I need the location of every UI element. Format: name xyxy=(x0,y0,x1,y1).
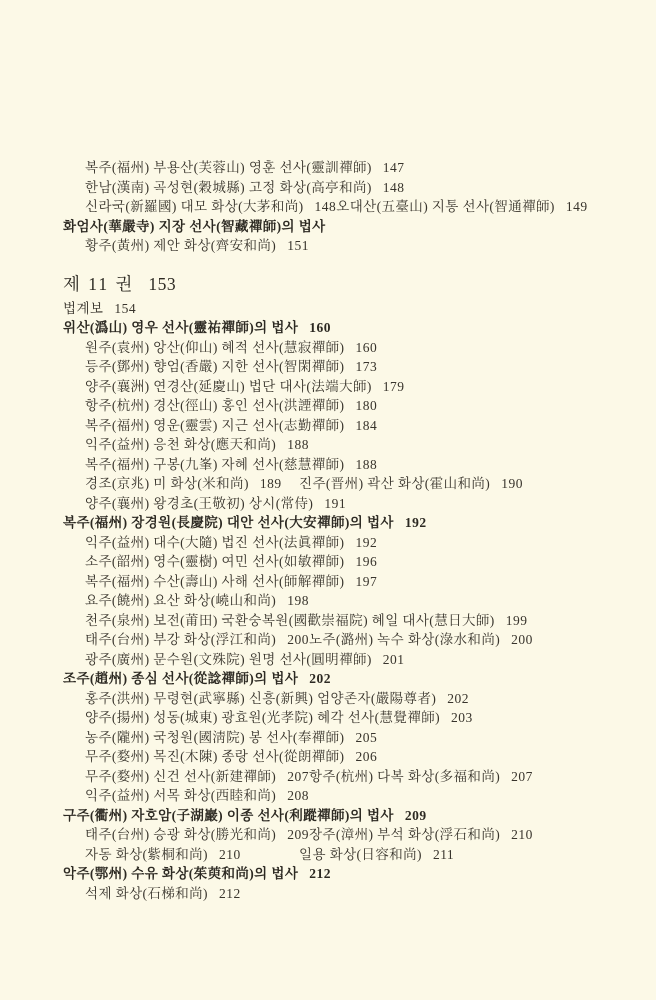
toc-entry-col: 천주(泉州) 보전(莆田) 국환숭복원(國歡崇福院) 혜일 대사(慧日大師)19… xyxy=(85,613,527,628)
toc-entry-col: 익주(益州) 응천 화상(應天和尚)188 xyxy=(85,437,309,452)
entry-title: 조주(趙州) 종심 선사(從諗禪師)의 법사 xyxy=(63,671,298,686)
entry-title: 무주(婺州) 목진(木陳) 종랑 선사(從朗禪師) xyxy=(85,749,344,764)
toc-entry-col: 화엄사(華嚴寺) 지장 선사(智藏禪師)의 법사 xyxy=(63,219,326,234)
toc-entry: 홍주(洪州) 무령현(武寧縣) 신흥(新興) 엄양존자(嚴陽尊者)202 xyxy=(63,689,626,709)
toc-entry: 태주(台州) 승광 화상(勝光和尚)209장주(漳州) 부석 화상(浮石和尚)2… xyxy=(63,825,626,845)
toc-entry-col: 무주(婺州) 신건 선사(新建禪師)207 xyxy=(85,767,309,787)
toc-entry: 농주(隴州) 국청원(國淸院) 봉 선사(奉禪師)205 xyxy=(63,728,626,748)
entry-page-number: 203 xyxy=(451,710,473,725)
entry-page-number: 200 xyxy=(287,632,309,647)
toc-entry-col: 태주(台州) 부강 화상(浮江和尚)200 xyxy=(85,630,309,650)
toc-entry: 태주(台州) 부강 화상(浮江和尚)200노주(潞州) 녹수 화상(淥水和尚)2… xyxy=(63,630,626,650)
toc-entry: 무주(婺州) 목진(木陳) 종랑 선사(從朗禪師)206 xyxy=(63,747,626,767)
toc-entry: 원주(袁州) 앙산(仰山) 혜적 선사(慧寂禪師)160 xyxy=(63,338,626,358)
entry-page-number: 173 xyxy=(355,359,377,374)
entry-page-number: 192 xyxy=(405,515,427,530)
toc-entry: 소주(韶州) 영수(靈樹) 여민 선사(如敏禪師)196 xyxy=(63,552,626,572)
toc-entry-col: 항주(杭州) 경산(徑山) 홍인 선사(洪諲禪師)180 xyxy=(85,398,377,413)
toc-entry-col: 진주(晋州) 곽산 화상(霍山和尚)190 xyxy=(299,476,523,491)
entry-page-number: 148 xyxy=(315,199,337,214)
entry-title: 석제 화상(石梯和尚) xyxy=(85,886,208,901)
toc-entry-col: 소주(韶州) 영수(靈樹) 여민 선사(如敏禪師)196 xyxy=(85,554,377,569)
toc-entry: 요주(饒州) 요산 화상(嶢山和尚)198 xyxy=(63,591,626,611)
entry-title: 무주(婺州) 신건 선사(新建禪師) xyxy=(85,769,276,784)
toc-entry-col: 요주(饒州) 요산 화상(嶢山和尚)198 xyxy=(85,593,309,608)
toc-entry-col: 신라국(新羅國) 대모 화상(大茅和尚)148 xyxy=(85,197,336,217)
entry-title: 복주(福州) 구봉(九峯) 자혜 선사(慈慧禪師) xyxy=(85,457,344,472)
toc-entry-col: 등주(鄧州) 향엄(香嚴) 지한 선사(智閑禪師)173 xyxy=(85,359,377,374)
entry-page-number: 188 xyxy=(287,437,309,452)
toc-section-heading: 구주(衢州) 자호암(子湖巖) 이종 선사(利蹤禪師)의 법사209 xyxy=(63,806,626,826)
toc-entry-col: 황주(黃州) 제안 화상(齊安和尚)151 xyxy=(85,238,309,253)
entry-page-number: 206 xyxy=(355,749,377,764)
entry-title: 법계보 xyxy=(63,301,103,316)
entry-title: 양주(襄州) 왕경초(王敬初) 상시(常侍) xyxy=(85,496,313,511)
toc-entry-col: 복주(福州) 부용산(芙蓉山) 영훈 선사(靈訓禪師)147 xyxy=(85,160,405,175)
entry-page-number: 188 xyxy=(355,457,377,472)
toc-entry-col: 복주(福州) 장경원(長慶院) 대안 선사(大安禪師)의 법사192 xyxy=(63,515,427,530)
entry-title: 한남(漢南) 곡성현(穀城縣) 고정 화상(高亭和尚) xyxy=(85,180,372,195)
entry-page-number: 148 xyxy=(383,180,405,195)
entry-page-number: 208 xyxy=(287,788,309,803)
toc-entry-col: 무주(婺州) 목진(木陳) 종랑 선사(從朗禪師)206 xyxy=(85,749,377,764)
entry-page-number: 198 xyxy=(287,593,309,608)
toc-entry: 익주(益州) 서목 화상(西睦和尚)208 xyxy=(63,786,626,806)
toc-section-heading: 화엄사(華嚴寺) 지장 선사(智藏禪師)의 법사 xyxy=(63,217,626,237)
toc-entry-col: 홍주(洪州) 무령현(武寧縣) 신흥(新興) 엄양존자(嚴陽尊者)202 xyxy=(85,691,469,706)
entry-page-number: 151 xyxy=(287,238,309,253)
toc-entry-col: 양주(襄洲) 연경산(延慶山) 법단 대사(法端大師)179 xyxy=(85,379,405,394)
toc-entry-col: 원주(袁州) 앙산(仰山) 혜적 선사(慧寂禪師)160 xyxy=(85,340,377,355)
entry-page-number: 190 xyxy=(501,476,523,491)
toc-entry: 양주(揚州) 성동(城東) 광효원(光孝院) 혜각 선사(慧覺禪師)203 xyxy=(63,708,626,728)
entry-title: 장주(漳州) 부석 화상(浮石和尚) xyxy=(309,827,500,842)
entry-page-number: 189 xyxy=(260,476,282,491)
entry-title: 복주(福州) 부용산(芙蓉山) 영훈 선사(靈訓禪師) xyxy=(85,160,372,175)
entry-page-number: 180 xyxy=(355,398,377,413)
toc-entry-col: 장주(漳州) 부석 화상(浮石和尚)210 xyxy=(309,827,533,842)
toc-entry: 등주(鄧州) 향엄(香嚴) 지한 선사(智閑禪師)173 xyxy=(63,357,626,377)
toc-entry-col: 복주(福州) 영운(靈雲) 지근 선사(志勤禪師)184 xyxy=(85,418,377,433)
toc-entry: 광주(廣州) 문수원(文殊院) 원명 선사(圓明禪師)201 xyxy=(63,650,626,670)
entry-title: 진주(晋州) 곽산 화상(霍山和尚) xyxy=(299,476,490,491)
toc-entry-col: 농주(隴州) 국청원(國淸院) 봉 선사(奉禪師)205 xyxy=(85,730,377,745)
toc-entry: 법계보154 xyxy=(63,299,626,319)
entry-title: 신라국(新羅國) 대모 화상(大茅和尚) xyxy=(85,199,304,214)
toc-entry: 복주(福州) 구봉(九峯) 자혜 선사(慈慧禪師)188 xyxy=(63,455,626,475)
entry-title: 천주(泉州) 보전(莆田) 국환숭복원(國歡崇福院) 혜일 대사(慧日大師) xyxy=(85,613,495,628)
toc-entry: 양주(襄州) 왕경초(王敬初) 상시(常侍)191 xyxy=(63,494,626,514)
toc-entry-col: 노주(潞州) 녹수 화상(淥水和尚)200 xyxy=(309,632,533,647)
entry-title: 양주(揚州) 성동(城東) 광효원(光孝院) 혜각 선사(慧覺禪師) xyxy=(85,710,440,725)
toc-entry-col: 한남(漢南) 곡성현(穀城縣) 고정 화상(高亭和尚)148 xyxy=(85,180,405,195)
toc-entry: 석제 화상(石梯和尚)212 xyxy=(63,884,626,904)
entry-title: 원주(袁州) 앙산(仰山) 혜적 선사(慧寂禪師) xyxy=(85,340,344,355)
toc-entry-col: 일용 화상(日容和尚)211 xyxy=(299,847,454,862)
toc-entry-col: 익주(益州) 서목 화상(西睦和尚)208 xyxy=(85,788,309,803)
entry-page-number: 207 xyxy=(287,769,309,784)
toc-entry-col: 광주(廣州) 문수원(文殊院) 원명 선사(圓明禪師)201 xyxy=(85,652,405,667)
entry-page-number: 210 xyxy=(219,847,241,862)
entry-page-number: 212 xyxy=(309,866,331,881)
entry-title: 구주(衢州) 자호암(子湖巖) 이종 선사(利蹤禪師)의 법사 xyxy=(63,808,394,823)
toc-entry-col: 구주(衢州) 자호암(子湖巖) 이종 선사(利蹤禪師)의 법사209 xyxy=(63,808,427,823)
entry-page-number: 210 xyxy=(511,827,533,842)
entry-title: 황주(黃州) 제안 화상(齊安和尚) xyxy=(85,238,276,253)
toc-entry-col: 양주(揚州) 성동(城東) 광효원(光孝院) 혜각 선사(慧覺禪師)203 xyxy=(85,710,473,725)
entry-title: 태주(台州) 부강 화상(浮江和尚) xyxy=(85,632,276,647)
entry-title: 일용 화상(日容和尚) xyxy=(299,847,422,862)
entry-page-number: 212 xyxy=(219,886,241,901)
entry-title: 익주(益州) 대수(大隨) 법진 선사(法眞禪師) xyxy=(85,535,344,550)
toc-entry-col: 태주(台州) 승광 화상(勝光和尚)209 xyxy=(85,825,309,845)
entry-page-number: 209 xyxy=(405,808,427,823)
entry-title: 광주(廣州) 문수원(文殊院) 원명 선사(圓明禪師) xyxy=(85,652,372,667)
entry-title: 홍주(洪州) 무령현(武寧縣) 신흥(新興) 엄양존자(嚴陽尊者) xyxy=(85,691,436,706)
toc-entry-col: 악주(鄂州) 수유 화상(茱萸和尚)의 법사212 xyxy=(63,866,331,881)
entry-page-number: 196 xyxy=(355,554,377,569)
toc-entry-col: 익주(益州) 대수(大隨) 법진 선사(法眞禪師)192 xyxy=(85,535,377,550)
entry-title: 항주(杭州) 경산(徑山) 홍인 선사(洪諲禪師) xyxy=(85,398,344,413)
entry-page-number: 209 xyxy=(287,827,309,842)
entry-title: 자동 화상(紫桐和尚) xyxy=(85,847,208,862)
entry-title: 제 11 권 xyxy=(63,274,134,294)
entry-page-number: 202 xyxy=(309,671,331,686)
entry-title: 복주(福州) 영운(靈雲) 지근 선사(志勤禪師) xyxy=(85,418,344,433)
toc-entry-col: 자동 화상(紫桐和尚)210 xyxy=(85,845,299,865)
toc-entry: 복주(福州) 영운(靈雲) 지근 선사(志勤禪師)184 xyxy=(63,416,626,436)
entry-title: 태주(台州) 승광 화상(勝光和尚) xyxy=(85,827,276,842)
toc-entry: 황주(黃州) 제안 화상(齊安和尚)151 xyxy=(63,236,626,256)
entry-title: 농주(隴州) 국청원(國淸院) 봉 선사(奉禪師) xyxy=(85,730,344,745)
entry-title: 경조(京兆) 미 화상(米和尚) xyxy=(85,476,249,491)
entry-title: 양주(襄洲) 연경산(延慶山) 법단 대사(法端大師) xyxy=(85,379,372,394)
entry-page-number: 192 xyxy=(355,535,377,550)
entry-page-number: 202 xyxy=(447,691,469,706)
toc-entry-col: 오대산(五臺山) 지통 선사(智通禪師)149 xyxy=(336,199,587,214)
toc-entry: 무주(婺州) 신건 선사(新建禪師)207항주(杭州) 다복 화상(多福和尚)2… xyxy=(63,767,626,787)
entry-title: 등주(鄧州) 향엄(香嚴) 지한 선사(智閑禪師) xyxy=(85,359,344,374)
entry-title: 익주(益州) 응천 화상(應天和尚) xyxy=(85,437,276,452)
entry-title: 화엄사(華嚴寺) 지장 선사(智藏禪師)의 법사 xyxy=(63,219,326,234)
toc-section-heading: 악주(鄂州) 수유 화상(茱萸和尚)의 법사212 xyxy=(63,864,626,884)
entry-title: 항주(杭州) 다복 화상(多福和尚) xyxy=(309,769,500,784)
entry-page-number: 154 xyxy=(114,301,136,316)
table-of-contents: 복주(福州) 부용산(芙蓉山) 영훈 선사(靈訓禪師)147한남(漢南) 곡성현… xyxy=(63,158,626,903)
toc-section-heading: 조주(趙州) 종심 선사(從諗禪師)의 법사202 xyxy=(63,669,626,689)
entry-page-number: 160 xyxy=(355,340,377,355)
entry-title: 오대산(五臺山) 지통 선사(智通禪師) xyxy=(336,199,555,214)
toc-entry-col: 제 11 권153 xyxy=(63,274,176,294)
entry-page-number: 207 xyxy=(511,769,533,784)
entry-page-number: 184 xyxy=(355,418,377,433)
toc-entry: 한남(漢南) 곡성현(穀城縣) 고정 화상(高亭和尚)148 xyxy=(63,178,626,198)
toc-entry-col: 복주(福州) 수산(壽山) 사해 선사(師解禪師)197 xyxy=(85,574,377,589)
toc-entry-col: 조주(趙州) 종심 선사(從諗禪師)의 법사202 xyxy=(63,671,331,686)
toc-entry: 항주(杭州) 경산(徑山) 홍인 선사(洪諲禪師)180 xyxy=(63,396,626,416)
toc-entry: 익주(益州) 응천 화상(應天和尚)188 xyxy=(63,435,626,455)
toc-entry-col: 복주(福州) 구봉(九峯) 자혜 선사(慈慧禪師)188 xyxy=(85,457,377,472)
entry-title: 복주(福州) 장경원(長慶院) 대안 선사(大安禪師)의 법사 xyxy=(63,515,394,530)
entry-page-number: 200 xyxy=(511,632,533,647)
toc-entry: 복주(福州) 부용산(芙蓉山) 영훈 선사(靈訓禪師)147 xyxy=(63,158,626,178)
entry-title: 노주(潞州) 녹수 화상(淥水和尚) xyxy=(309,632,500,647)
toc-section-heading: 복주(福州) 장경원(長慶院) 대안 선사(大安禪師)의 법사192 xyxy=(63,513,626,533)
entry-page-number: 201 xyxy=(383,652,405,667)
entry-page-number: 205 xyxy=(355,730,377,745)
entry-page-number: 160 xyxy=(309,320,331,335)
toc-entry-col: 위산(潙山) 영우 선사(靈祐禪師)의 법사160 xyxy=(63,320,331,335)
entry-title: 익주(益州) 서목 화상(西睦和尚) xyxy=(85,788,276,803)
toc-entry: 자동 화상(紫桐和尚)210일용 화상(日容和尚)211 xyxy=(63,845,626,865)
toc-entry: 익주(益州) 대수(大隨) 법진 선사(法眞禪師)192 xyxy=(63,533,626,553)
entry-page-number: 191 xyxy=(324,496,346,511)
entry-page-number: 153 xyxy=(148,274,176,294)
toc-entry-col: 법계보154 xyxy=(63,301,136,316)
toc-entry: 복주(福州) 수산(壽山) 사해 선사(師解禪師)197 xyxy=(63,572,626,592)
entry-title: 악주(鄂州) 수유 화상(茱萸和尚)의 법사 xyxy=(63,866,298,881)
entry-title: 위산(潙山) 영우 선사(靈祐禪師)의 법사 xyxy=(63,320,298,335)
toc-entry: 천주(泉州) 보전(莆田) 국환숭복원(國歡崇福院) 혜일 대사(慧日大師)19… xyxy=(63,611,626,631)
entry-title: 소주(韶州) 영수(靈樹) 여민 선사(如敏禪師) xyxy=(85,554,344,569)
toc-entry-col: 양주(襄州) 왕경초(王敬初) 상시(常侍)191 xyxy=(85,496,346,511)
toc-entry: 신라국(新羅國) 대모 화상(大茅和尚)148오대산(五臺山) 지통 선사(智通… xyxy=(63,197,626,217)
entry-page-number: 147 xyxy=(383,160,405,175)
entry-page-number: 179 xyxy=(383,379,405,394)
entry-title: 복주(福州) 수산(壽山) 사해 선사(師解禪師) xyxy=(85,574,344,589)
toc-entry-col: 경조(京兆) 미 화상(米和尚)189 xyxy=(85,474,299,494)
entry-page-number: 211 xyxy=(433,847,454,862)
toc-entry: 양주(襄洲) 연경산(延慶山) 법단 대사(法端大師)179 xyxy=(63,377,626,397)
toc-entry-col: 항주(杭州) 다복 화상(多福和尚)207 xyxy=(309,769,533,784)
entry-page-number: 197 xyxy=(355,574,377,589)
entry-page-number: 149 xyxy=(566,199,588,214)
toc-entry: 경조(京兆) 미 화상(米和尚)189진주(晋州) 곽산 화상(霍山和尚)190 xyxy=(63,474,626,494)
book-page: 복주(福州) 부용산(芙蓉山) 영훈 선사(靈訓禪師)147한남(漢南) 곡성현… xyxy=(0,0,656,1000)
toc-chapter-heading: 제 11 권153 xyxy=(63,272,626,296)
entry-title: 요주(饒州) 요산 화상(嶢山和尚) xyxy=(85,593,276,608)
entry-page-number: 199 xyxy=(506,613,528,628)
toc-entry-col: 석제 화상(石梯和尚)212 xyxy=(85,886,241,901)
toc-section-heading: 위산(潙山) 영우 선사(靈祐禪師)의 법사160 xyxy=(63,318,626,338)
